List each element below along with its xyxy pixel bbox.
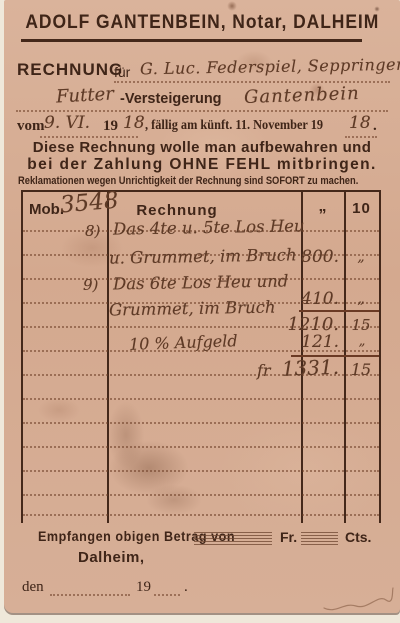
- entry-cts: 15: [344, 360, 378, 379]
- dotted-rule: [23, 398, 379, 400]
- notice-line3: Reklamationen wegen Unrichtigkeit der Re…: [18, 175, 358, 187]
- entry-text: Grummet, im Bruch: [109, 298, 276, 320]
- cts-label: Cts.: [345, 529, 371, 545]
- entry-amount: 410.: [285, 289, 339, 309]
- entry-text: Das 6te Los Heu und: [113, 271, 289, 293]
- recipient-handwriting: G. Luc. Federspiel, Seppringen: [140, 55, 400, 79]
- dotted-rule: [154, 594, 180, 596]
- entry-cts: „: [344, 291, 378, 307]
- column-divider: [344, 192, 346, 523]
- entry-amount: 121.: [285, 332, 339, 352]
- entry-no: 8): [85, 222, 100, 240]
- footer-period: .: [184, 579, 188, 596]
- table-header-rechnung: Rechnung: [107, 202, 247, 219]
- versteigerung-label: -Versteigerung: [120, 91, 222, 107]
- vom-label: vom: [17, 118, 45, 135]
- dotted-rule: [23, 422, 379, 424]
- mob-label: Mob.: [29, 201, 64, 218]
- auction-word-handwriting: Futter: [55, 84, 114, 108]
- dotted-rule: [16, 110, 388, 112]
- dotted-rule: [40, 136, 138, 138]
- dotted-rule: [23, 446, 379, 448]
- rechnung-label: RECHNUNG: [17, 60, 123, 80]
- den-label: den: [22, 579, 44, 596]
- letterhead: ADOLF GANTENBEIN, Notar, DALHEIM: [4, 12, 400, 34]
- entry-text: u. Grummet, im Bruch: [109, 245, 297, 267]
- year-handwriting: 18: [123, 113, 145, 133]
- dotted-rule: [50, 594, 130, 596]
- amount-fill-box: [194, 532, 272, 545]
- cts-fill-box: [301, 532, 338, 545]
- header-rule: [21, 39, 362, 42]
- year-prefix: 19: [103, 118, 118, 135]
- entry-cts: „: [344, 249, 378, 265]
- letterhead-title: ADOLF GANTENBEIN, Notar, DALHEIM: [25, 12, 379, 34]
- dotted-rule: [23, 470, 379, 472]
- notice-line1: Diese Rechnung wolle man aufbewahren und: [4, 139, 400, 156]
- auction-name-handwriting: Gantenbein: [244, 83, 360, 108]
- date-handwriting: 9. VI.: [44, 113, 90, 133]
- fr-label: Fr.: [280, 529, 297, 545]
- dotted-rule: [23, 494, 379, 496]
- sum-rule: [299, 310, 379, 312]
- invoice-card: ADOLF GANTENBEIN, Notar, DALHEIM RECHNUN…: [4, 0, 400, 613]
- ink-scribble: [322, 584, 394, 616]
- due-text: , fällig am künft. 11. November 19: [145, 118, 323, 134]
- table-header-cts: 10: [344, 200, 379, 217]
- due-year-handwriting: 18: [349, 113, 371, 133]
- entry-no: 9): [83, 276, 98, 294]
- ledger-table: Mob. 3548 Rechnung „ 10 8) Das 4te u. 5t…: [21, 190, 381, 523]
- dotted-rule: [345, 136, 377, 138]
- entry-cts: „: [346, 334, 378, 349]
- dotted-rule: [23, 514, 379, 516]
- entry-text: 10 % Aufgeld: [129, 331, 238, 354]
- column-divider: [107, 192, 109, 523]
- due-period: .: [373, 118, 377, 135]
- notice-line2: bei der Zahlung OHNE FEHL mitbringen.: [4, 156, 400, 174]
- fuer-label: für: [114, 64, 130, 80]
- place-label: Dalheim,: [78, 549, 145, 566]
- entry-text: Das 4te u. 5te Los Heu: [113, 216, 305, 238]
- entry-cts: 15: [344, 316, 378, 334]
- entry-amount: 800.: [285, 247, 339, 267]
- entry-amount: 1331.: [267, 355, 340, 381]
- footer-year-prefix: 19: [136, 579, 151, 596]
- table-header-dittos: „: [301, 198, 344, 216]
